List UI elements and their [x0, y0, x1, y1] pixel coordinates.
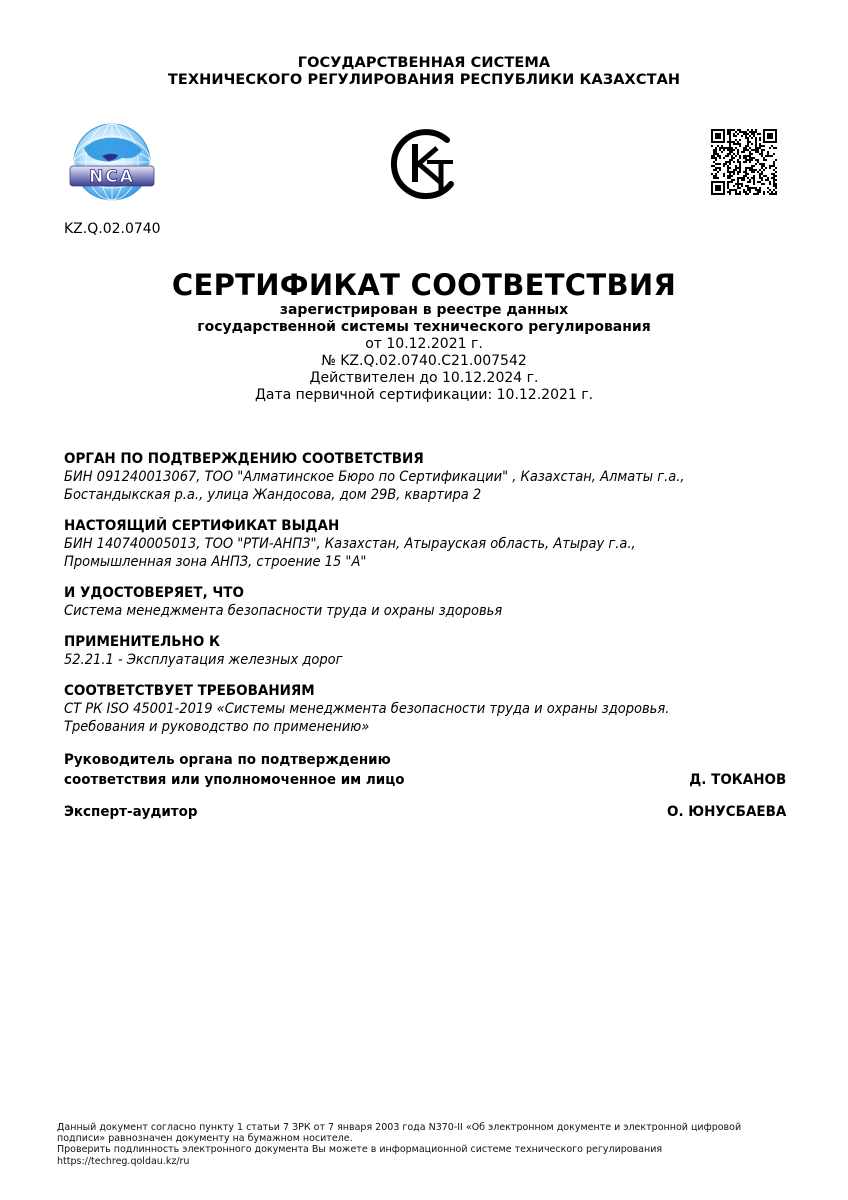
- svg-text:NCA: NCA: [89, 167, 135, 187]
- section-line: БИН 140740005013, ТОО "РТИ-АНПЗ", Казахс…: [64, 535, 789, 553]
- issuer-header: ГОСУДАРСТВЕННАЯ СИСТЕМА ТЕХНИЧЕСКОГО РЕГ…: [0, 55, 848, 89]
- footer-line2: подписи» равнозначен документу на бумажн…: [57, 1133, 797, 1144]
- section-certifies: И УДОСТОВЕРЯЕТ, ЧТО Система менеджмента …: [64, 584, 794, 620]
- certificate-title-block: СЕРТИФИКАТ СООТВЕТСТВИЯ зарегистрирован …: [0, 268, 848, 404]
- signature-head-title-line1: Руководитель органа по подтверждению: [64, 750, 735, 770]
- section-line: 52.21.1 - Эксплуатация железных дорог: [64, 651, 789, 669]
- nca-globe-logo-icon: NCA: [62, 120, 162, 210]
- legal-footer: Данный документ согласно пункту 1 статьи…: [57, 1122, 797, 1167]
- section-requirements: СООТВЕТСТВУЕТ ТРЕБОВАНИЯМ СТ РК ISO 4500…: [64, 682, 794, 736]
- certificate-date: от 10.12.2021 г.: [0, 336, 848, 353]
- section-line: БИН 091240013067, ТОО "Алматинское Бюро …: [64, 468, 789, 486]
- certificate-valid-until: Действителен до 10.12.2024 г.: [0, 370, 848, 387]
- section-applicable-to: ПРИМЕНИТЕЛЬНО К 52.21.1 - Эксплуатация ж…: [64, 633, 794, 669]
- section-line: Бостандыкская р.а., улица Жандосова, дом…: [64, 486, 789, 504]
- signature-auditor: Эксперт-аудитор О. ЮНУСБАЕВА: [64, 802, 786, 822]
- certificate-subtitle-line1: зарегистрирован в реестре данных: [0, 302, 848, 319]
- section-heading: ОРГАН ПО ПОДТВЕРЖДЕНИЮ СООТВЕТСТВИЯ: [64, 450, 743, 468]
- section-line: Промышленная зона АНПЗ, строение 15 "А": [64, 553, 789, 571]
- section-line: Система менеджмента безопасности труда и…: [64, 602, 789, 620]
- footer-line3: Проверить подлинность электронного докум…: [57, 1144, 797, 1155]
- signature-head: Руководитель органа по подтверждению соо…: [64, 750, 786, 790]
- footer-verify-link[interactable]: https://techreg.qoldau.kz/ru: [57, 1156, 797, 1167]
- signature-auditor-label: Эксперт-аудитор: [64, 802, 735, 822]
- issuer-header-line1: ГОСУДАРСТВЕННАЯ СИСТЕМА: [0, 55, 848, 72]
- section-heading: ПРИМЕНИТЕЛЬНО К: [64, 633, 743, 651]
- certificate-number: № KZ.Q.02.0740.C21.007542: [0, 353, 848, 370]
- certificate-first-date: Дата первичной сертификации: 10.12.2021 …: [0, 387, 848, 404]
- signature-auditor-name: О. ЮНУСБАЕВА: [667, 802, 786, 822]
- footer-line1: Данный документ согласно пункту 1 статьи…: [57, 1122, 797, 1133]
- section-heading: СООТВЕТСТВУЕТ ТРЕБОВАНИЯМ: [64, 682, 743, 700]
- section-line: СТ РК ISO 45001-2019 «Системы менеджмент…: [64, 700, 789, 718]
- section-heading: НАСТОЯЩИЙ СЕРТИФИКАТ ВЫДАН: [64, 517, 743, 535]
- section-heading: И УДОСТОВЕРЯЕТ, ЧТО: [64, 584, 743, 602]
- certificate-subtitle-line2: государственной системы технического рег…: [0, 319, 848, 336]
- certificate-sections: ОРГАН ПО ПОДТВЕРЖДЕНИЮ СООТВЕТСТВИЯ БИН …: [64, 450, 794, 749]
- registry-code: KZ.Q.02.0740: [64, 221, 161, 237]
- certificate-title: СЕРТИФИКАТ СООТВЕТСТВИЯ: [0, 268, 848, 302]
- section-line: Требования и руководство по применению»: [64, 718, 789, 736]
- signature-head-name: Д. ТОКАНОВ: [689, 770, 786, 790]
- section-issued-to: НАСТОЯЩИЙ СЕРТИФИКАТ ВЫДАН БИН 140740005…: [64, 517, 794, 571]
- issuer-header-line2: ТЕХНИЧЕСКОГО РЕГУЛИРОВАНИЯ РЕСПУБЛИКИ КА…: [0, 72, 848, 89]
- kt-conformity-mark-icon: [385, 122, 467, 204]
- qr-code-icon[interactable]: [711, 129, 777, 195]
- section-certification-body: ОРГАН ПО ПОДТВЕРЖДЕНИЮ СООТВЕТСТВИЯ БИН …: [64, 450, 794, 504]
- signature-head-title-line2: соответствия или уполномоченное им лицо: [64, 770, 735, 790]
